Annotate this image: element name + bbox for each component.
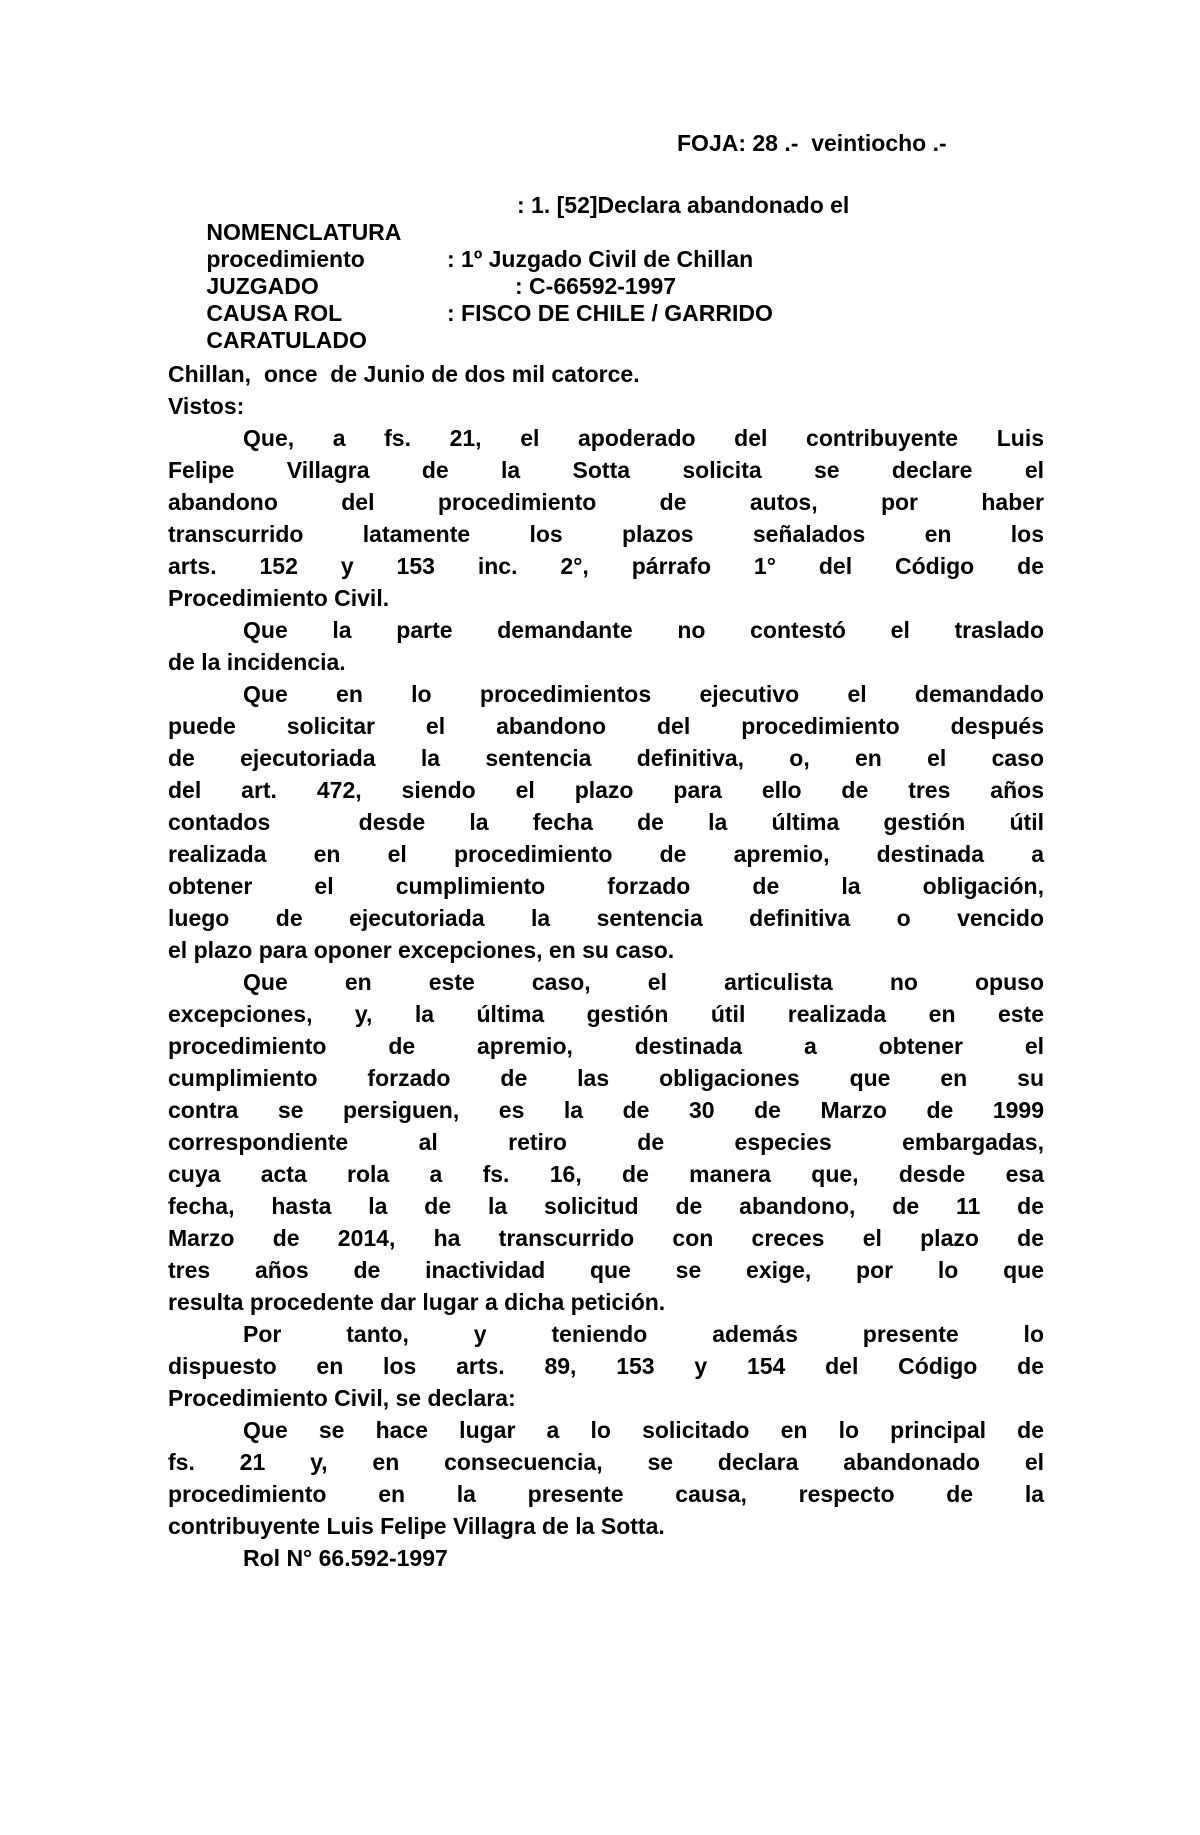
body-line: Que en este caso, el articulista no opus…: [168, 966, 1044, 998]
body-line: dispuesto en los arts. 89, 153 y 154 del…: [168, 1350, 1044, 1382]
juzgado-value: : 1º Juzgado Civil de Chillan: [447, 246, 753, 273]
body-line: Rol N° 66.592-1997: [168, 1542, 1044, 1574]
body-line: Por tanto, y teniendo además presente lo: [168, 1318, 1044, 1350]
body-line: Que, a fs. 21, el apoderado del contribu…: [168, 422, 1044, 454]
case-header: NOMENCLATURA : 1. [52]Declara abandonado…: [168, 192, 1044, 327]
foja-page-number: FOJA: 28 .- veintiocho .-: [677, 130, 947, 157]
caratulado-label: CARATULADO: [206, 327, 367, 354]
body-line: cumplimiento forzado de las obligaciones…: [168, 1062, 1044, 1094]
body-line: de la incidencia.: [168, 646, 1044, 678]
body-line: tres años de inactividad que se exige, p…: [168, 1254, 1044, 1286]
body-line: Felipe Villagra de la Sotta solicita se …: [168, 454, 1044, 486]
body-line: de ejecutoriada la sentencia definitiva,…: [168, 742, 1044, 774]
court-resolution-page: FOJA: 28 .- veintiocho .- NOMENCLATURA :…: [0, 0, 1200, 1835]
decision-body: Chillan, once de Junio de dos mil catorc…: [168, 358, 1044, 1574]
header-row-caratulado: CARATULADO : FISCO DE CHILE / GARRIDO: [168, 300, 1044, 327]
body-line: contribuyente Luis Felipe Villagra de la…: [168, 1510, 1044, 1542]
causa-rol-value: : C-66592-1997: [515, 273, 676, 300]
header-row-causa-rol: CAUSA ROL : C-66592-1997: [168, 273, 1044, 300]
body-line: excepciones, y, la última gestión útil r…: [168, 998, 1044, 1030]
body-line: del art. 472, siendo el plazo para ello …: [168, 774, 1044, 806]
body-line: Procedimiento Civil, se declara:: [168, 1382, 1044, 1414]
body-line: arts. 152 y 153 inc. 2°, párrafo 1° del …: [168, 550, 1044, 582]
body-line: procedimiento de apremio, destinada a ob…: [168, 1030, 1044, 1062]
body-line: contados desde la fecha de la última ges…: [168, 806, 1044, 838]
body-line: Chillan, once de Junio de dos mil catorc…: [168, 358, 1044, 390]
body-line: Marzo de 2014, ha transcurrido con crece…: [168, 1222, 1044, 1254]
body-line: transcurrido latamente los plazos señala…: [168, 518, 1044, 550]
body-line: Procedimiento Civil.: [168, 582, 1044, 614]
body-line: resulta procedente dar lugar a dicha pet…: [168, 1286, 1044, 1318]
body-line: fecha, hasta la de la solicitud de aband…: [168, 1190, 1044, 1222]
body-line: contra se persiguen, es la de 30 de Marz…: [168, 1094, 1044, 1126]
nomenclatura-value: : 1. [52]Declara abandonado el: [517, 192, 849, 219]
body-line: luego de ejecutoriada la sentencia defin…: [168, 902, 1044, 934]
body-line: realizada en el procedimiento de apremio…: [168, 838, 1044, 870]
header-row-nomenclatura: NOMENCLATURA : 1. [52]Declara abandonado…: [168, 192, 1044, 219]
body-line: Vistos:: [168, 390, 1044, 422]
body-line: Que en lo procedimientos ejecutivo el de…: [168, 678, 1044, 710]
body-line: Que la parte demandante no contestó el t…: [168, 614, 1044, 646]
body-line: correspondiente al retiro de especies em…: [168, 1126, 1044, 1158]
body-line: puede solicitar el abandono del procedim…: [168, 710, 1044, 742]
body-line: cuya acta rola a fs. 16, de manera que, …: [168, 1158, 1044, 1190]
body-line: obtener el cumplimiento forzado de la ob…: [168, 870, 1044, 902]
body-line: el plazo para oponer excepciones, en su …: [168, 934, 1044, 966]
caratulado-value: : FISCO DE CHILE / GARRIDO: [447, 300, 773, 327]
header-row-procedimiento: procedimiento: [168, 219, 1044, 246]
body-line: abandono del procedimiento de autos, por…: [168, 486, 1044, 518]
header-row-juzgado: JUZGADO : 1º Juzgado Civil de Chillan: [168, 246, 1044, 273]
body-line: fs. 21 y, en consecuencia, se declara ab…: [168, 1446, 1044, 1478]
body-line: Que se hace lugar a lo solicitado en lo …: [168, 1414, 1044, 1446]
body-line: procedimiento en la presente causa, resp…: [168, 1478, 1044, 1510]
